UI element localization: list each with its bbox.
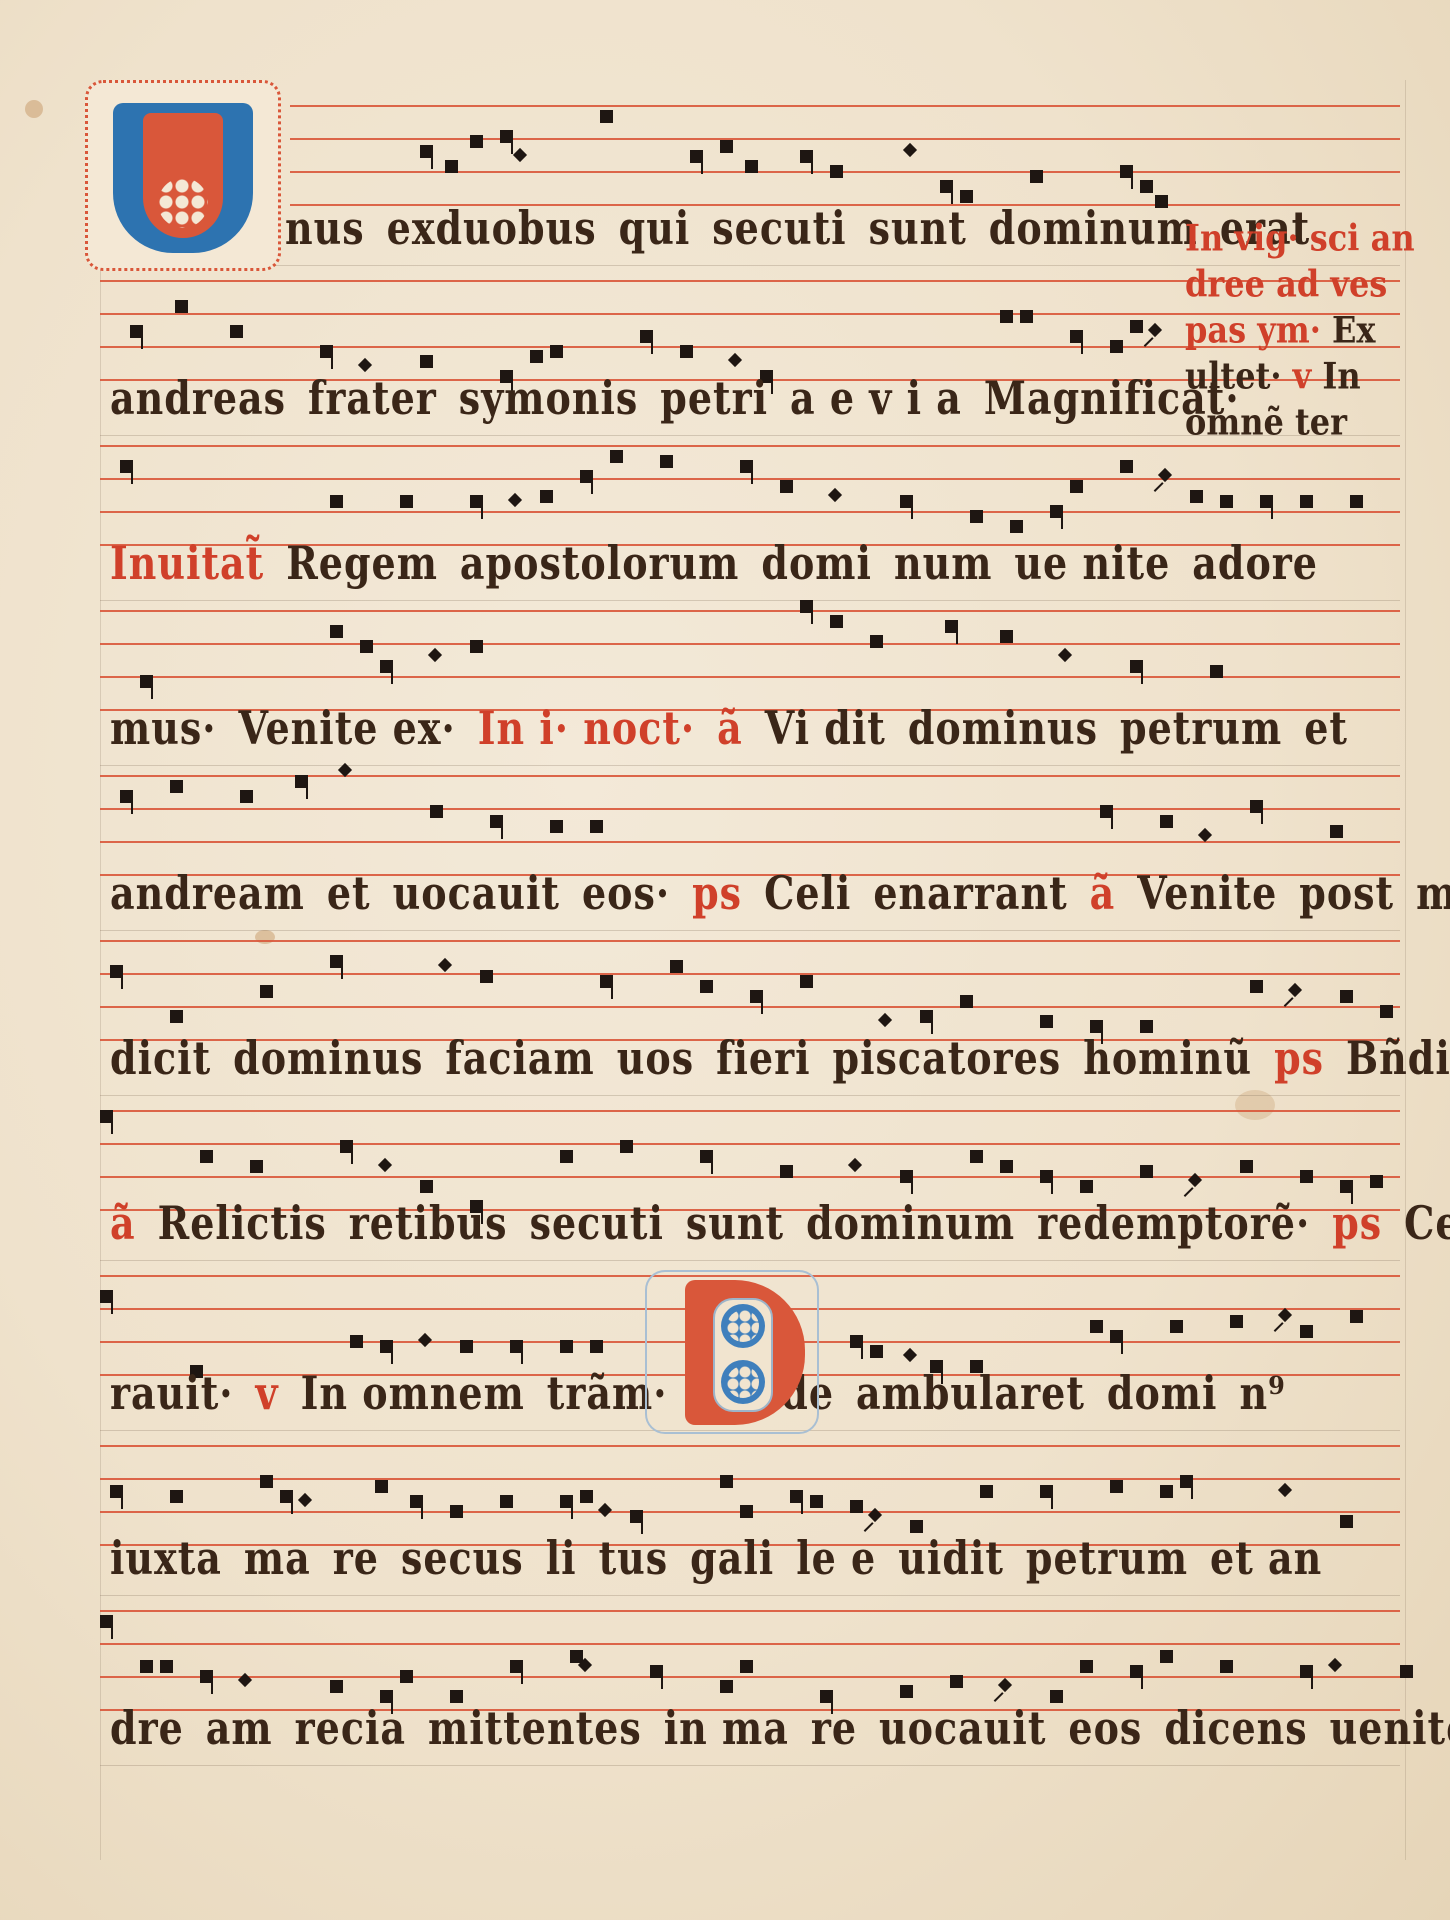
neume-note: [450, 1505, 463, 1518]
neume-note: [358, 358, 372, 372]
rubric-word: ps: [1332, 1196, 1382, 1250]
neume-note: [630, 1510, 643, 1523]
neume-note: [903, 1348, 917, 1362]
initial-u-letter: [113, 103, 253, 253]
staff-line: [100, 1676, 1400, 1678]
neume-note: [110, 965, 123, 978]
neume-note: [438, 958, 452, 972]
neume-note: [280, 1490, 293, 1503]
staff-line: [100, 478, 1400, 480]
lyric-word: nus: [285, 201, 365, 255]
lyric-line: andreasfratersymonispetria e v i aMagnif…: [110, 371, 1262, 425]
lyric-word: ue nite: [1014, 536, 1170, 590]
lyric-line: ãRelictisretibussecutisuntdominumredempt…: [110, 1196, 1450, 1250]
staff-line: [100, 511, 1400, 513]
rubric-line: dree ad ves: [1185, 261, 1425, 307]
neume-note: [1240, 1160, 1253, 1173]
rubric-line: omnẽ ter: [1185, 399, 1425, 445]
lyric-word: enarrant: [873, 866, 1067, 920]
neume-note: [728, 353, 742, 367]
neume-note: [1040, 1015, 1053, 1028]
staff-line: [100, 643, 1400, 645]
neume-note: [140, 675, 153, 688]
lyric-word: Venite: [1137, 866, 1277, 920]
neume-note: [550, 345, 563, 358]
lyric-word: petri: [660, 371, 768, 425]
neume-note: [1340, 1180, 1353, 1193]
rubric-line: pas ym· Ex: [1185, 307, 1425, 353]
lyric-word: apostolorum: [460, 536, 739, 590]
neume-note: [510, 1340, 523, 1353]
lyric-word: ma: [244, 1531, 311, 1585]
lyric-word: In omnem: [301, 1366, 525, 1420]
neume-note: [560, 1495, 573, 1508]
neume-note: [1140, 1165, 1153, 1178]
neume-note: [1220, 1660, 1233, 1673]
neume-note: [1288, 983, 1302, 997]
neume-note: [1070, 330, 1083, 343]
neume-note: [1300, 1170, 1313, 1183]
neume-note: [903, 143, 917, 157]
neume-note: [400, 495, 413, 508]
lyric-word: recia: [295, 1701, 406, 1755]
lyric-word: Venite ex·: [238, 701, 455, 755]
lyric-word: num: [894, 536, 992, 590]
lyric-word: dicit: [110, 1031, 211, 1085]
neume-note: [1350, 495, 1363, 508]
neume-note: [970, 1150, 983, 1163]
rubric-word: ã: [1090, 866, 1116, 920]
neume-note: [1080, 1660, 1093, 1673]
lyric-word: me: [1416, 866, 1450, 920]
lyric-word: uocauit: [879, 1701, 1046, 1755]
lyric-word: uos: [617, 1031, 694, 1085]
lyric-word: tus: [599, 1531, 669, 1585]
neume-note: [175, 300, 188, 313]
neume-note: [430, 805, 443, 818]
neume-note: [1300, 1325, 1313, 1338]
neume-note: [945, 620, 958, 633]
neume-note: [870, 635, 883, 648]
lyric-word: Regem: [286, 536, 438, 590]
rubric-line: In vig· sci an: [1185, 215, 1425, 261]
lyric-word: symonis: [459, 371, 638, 425]
neume-note: [420, 145, 433, 158]
neume-note: [670, 960, 683, 973]
neume-note: [530, 350, 543, 363]
neume-note: [598, 1503, 612, 1517]
lyric-word: frater: [308, 371, 437, 425]
neume-note: [720, 140, 733, 153]
lyric-word: faciam: [445, 1031, 594, 1085]
lyric-word: fieri: [716, 1031, 810, 1085]
neume-note: [1000, 630, 1013, 643]
neume-note: [800, 975, 813, 988]
neume-note: [340, 1140, 353, 1153]
lyric-word: et an: [1210, 1531, 1322, 1585]
neume-note: [490, 815, 503, 828]
rubric-line: ultet· v In: [1185, 353, 1425, 399]
staff-line: [100, 1478, 1400, 1480]
neume-note: [900, 1685, 913, 1698]
neume-note: [580, 1490, 593, 1503]
neume-note: [1330, 825, 1343, 838]
neume-note: [445, 160, 458, 173]
neume-note: [1160, 815, 1173, 828]
neume-note: [740, 1505, 753, 1518]
neume-note: [170, 1490, 183, 1503]
neume-note: [330, 955, 343, 968]
lyric-word: dominum: [806, 1196, 1015, 1250]
staff-line: [100, 1610, 1400, 1612]
neume-note: [1030, 170, 1043, 183]
text-ruling: [100, 930, 1400, 931]
lyric-word: dre: [110, 1701, 184, 1755]
neume-note: [375, 1480, 388, 1493]
lyric-word: domi: [761, 536, 872, 590]
neume-note: [330, 495, 343, 508]
lyric-word: exduobus: [387, 201, 597, 255]
neume-note: [1260, 495, 1273, 508]
neume-note: [1000, 1160, 1013, 1173]
lyric-word: hominũ: [1083, 1031, 1252, 1085]
lyric-word: Celi: [764, 866, 851, 920]
neume-note: [800, 600, 813, 613]
lyric-word: adore: [1192, 536, 1318, 590]
lyric-word: dominus: [908, 701, 1098, 755]
lyric-word: et: [1304, 701, 1348, 755]
neume-note: [1140, 180, 1153, 193]
neume-note: [1020, 310, 1033, 323]
rubric-incipit: In: [1322, 354, 1360, 398]
neume-note: [1340, 990, 1353, 1003]
neume-note: [418, 1333, 432, 1347]
neume-note: [295, 775, 308, 788]
lyric-line: iuxtamaresecuslitusgalile euiditpetrumet…: [110, 1531, 1344, 1585]
rubric-text: ultet·: [1185, 354, 1281, 398]
neume-note: [848, 1158, 862, 1172]
rosette-icon: [721, 1360, 765, 1404]
neume-note: [810, 1495, 823, 1508]
neume-note: [660, 455, 673, 468]
neume-note: [920, 1010, 933, 1023]
neume-note: [870, 1345, 883, 1358]
neume-note: [1160, 1485, 1173, 1498]
neume-note: [1278, 1308, 1292, 1322]
lyric-word: mus·: [110, 701, 216, 755]
neume-note: [170, 780, 183, 793]
lyric-word: eos: [1068, 1701, 1142, 1755]
neume-note: [378, 1158, 392, 1172]
lyric-word: n⁹: [1239, 1366, 1285, 1420]
lyric-word: eos·: [582, 866, 670, 920]
neume-note: [260, 985, 273, 998]
neume-note: [740, 1660, 753, 1673]
staff-line: [100, 1643, 1400, 1645]
neume-note: [350, 1335, 363, 1348]
versicle-mark: v: [1293, 354, 1312, 398]
neume-note: [650, 1665, 663, 1678]
neume-note: [1370, 1175, 1383, 1188]
neume-note: [1180, 1475, 1193, 1488]
staff-line: [290, 105, 1400, 107]
neume-note: [100, 1615, 113, 1628]
neume-note: [998, 1678, 1012, 1692]
staff-line: [100, 1143, 1400, 1145]
staff-line: [100, 610, 1400, 612]
neume-note: [360, 640, 373, 653]
neume-note: [1110, 340, 1123, 353]
neume-note: [420, 355, 433, 368]
neume-note: [1000, 310, 1013, 323]
neume-note: [780, 480, 793, 493]
neume-note: [850, 1335, 863, 1348]
neume-note: [560, 1150, 573, 1163]
rubric-text: pas ym·: [1185, 308, 1321, 352]
text-ruling: [100, 765, 1400, 766]
staff-line: [100, 1176, 1400, 1178]
neume-note: [470, 640, 483, 653]
rubric-word: In i· noct·: [478, 701, 695, 755]
lyric-word: Vi dit: [765, 701, 886, 755]
neume-note: [878, 1013, 892, 1027]
illuminated-initial-d: [645, 1270, 815, 1430]
lyric-word: dominum: [989, 201, 1198, 255]
neume-note: [170, 1010, 183, 1023]
neume-note: [680, 345, 693, 358]
neume-note: [298, 1493, 312, 1507]
neume-note: [508, 493, 522, 507]
neume-note: [130, 325, 143, 338]
staff-line: [100, 1006, 1400, 1008]
staff-line: [100, 973, 1400, 975]
neume-note: [540, 490, 553, 503]
staff-line: [100, 940, 1400, 942]
neume-note: [740, 460, 753, 473]
neume-note: [1400, 1665, 1413, 1678]
neume-note: [780, 1165, 793, 1178]
staff-line: [100, 676, 1400, 678]
lyric-word: iuxta: [110, 1531, 222, 1585]
lyric-word: li: [546, 1531, 577, 1585]
rubric-word: Inuitat̃: [110, 536, 264, 590]
lyric-word: re: [811, 1701, 857, 1755]
neume-note: [1250, 980, 1263, 993]
text-ruling: [100, 1260, 1400, 1261]
neume-note: [120, 460, 133, 473]
neume-note: [690, 150, 703, 163]
neume-note: [260, 1475, 273, 1488]
lyric-word: Celi enarr: [1404, 1196, 1450, 1250]
neume-note: [513, 148, 527, 162]
neume-note: [800, 150, 813, 163]
neume-note: [420, 1180, 433, 1193]
neume-note: [1278, 1483, 1292, 1497]
rubric-word: ã: [110, 1196, 136, 1250]
rubric-word: ps: [1274, 1031, 1324, 1085]
staff-line: [100, 1110, 1400, 1112]
neume-note: [850, 1500, 863, 1513]
neume-note: [620, 1140, 633, 1153]
rubric-word: v: [256, 1366, 279, 1420]
lyric-word: mittentes: [428, 1701, 642, 1755]
neume-note: [428, 648, 442, 662]
illuminated-initial-u: [85, 80, 281, 271]
manuscript-page: nusexduobusquisecutisuntdominumeratandre…: [0, 0, 1450, 1920]
neume-note: [830, 165, 843, 178]
lyric-word: piscatores: [833, 1031, 1062, 1085]
text-ruling: [100, 1595, 1400, 1596]
lyric-word: redemptorẽ·: [1037, 1196, 1310, 1250]
lyric-word: re: [333, 1531, 379, 1585]
neume-note: [1070, 480, 1083, 493]
neume-note: [830, 615, 843, 628]
neume-note: [110, 1485, 123, 1498]
neume-note: [100, 1110, 113, 1123]
neume-note: [1110, 1480, 1123, 1493]
lyric-line: dicitdominusfaciamuosfieripiscatoreshomi…: [110, 1031, 1450, 1085]
neume-note: [250, 1160, 263, 1173]
lyric-word: rauit·: [110, 1366, 234, 1420]
lyric-word: andream: [110, 866, 305, 920]
neume-note: [550, 820, 563, 833]
initial-u-infill: [143, 113, 223, 238]
neume-note: [940, 180, 953, 193]
lyric-word: gali: [690, 1531, 774, 1585]
margin-rubric: In vig· sci an dree ad ves pas ym· Ex ul…: [1185, 215, 1425, 445]
neume-note: [330, 625, 343, 638]
neume-note: [410, 1495, 423, 1508]
neume-note: [1110, 1330, 1123, 1343]
neume-note: [380, 660, 393, 673]
neume-note: [470, 495, 483, 508]
neume-note: [160, 1660, 173, 1673]
lyric-word: sunt: [686, 1196, 784, 1250]
neume-note: [1160, 1650, 1173, 1663]
neume-note: [1050, 505, 1063, 518]
lyric-word: dominus: [233, 1031, 423, 1085]
lyric-word: secuti: [712, 201, 846, 255]
neume-note: [1220, 495, 1233, 508]
lyric-word: ambularet: [856, 1366, 1085, 1420]
neume-note: [1328, 1658, 1342, 1672]
neume-note: [590, 1340, 603, 1353]
neume-note: [140, 1660, 153, 1673]
neume-note: [1340, 1515, 1353, 1528]
neume-note: [1148, 323, 1162, 337]
neume-note: [600, 110, 613, 123]
neume-note: [200, 1150, 213, 1163]
lyric-word: qui: [619, 201, 691, 255]
text-ruling: [100, 1095, 1400, 1096]
lyric-word: retibus: [349, 1196, 508, 1250]
lyric-word: a e v i a: [790, 371, 962, 425]
neume-note: [1230, 1315, 1243, 1328]
lyric-word: uidit: [898, 1531, 1004, 1585]
stain: [25, 100, 43, 118]
neume-note: [745, 160, 758, 173]
neume-note: [230, 325, 243, 338]
neume-note: [100, 1290, 113, 1303]
neume-note: [560, 1340, 573, 1353]
neume-note: [1058, 648, 1072, 662]
neume-note: [1198, 828, 1212, 842]
neume-note: [980, 1485, 993, 1498]
neume-note: [1300, 1665, 1313, 1678]
lyric-line: andreametuocauiteos·psCelienarrantãVenit…: [110, 866, 1450, 920]
neume-note: [1130, 660, 1143, 673]
neume-note: [828, 488, 842, 502]
rubric-word: ps: [692, 866, 742, 920]
neume-note: [750, 990, 763, 1003]
neume-note: [460, 1340, 473, 1353]
lyric-word: dicens: [1164, 1701, 1307, 1755]
neume-note: [1090, 1320, 1103, 1333]
neume-note: [1010, 520, 1023, 533]
neume-note: [720, 1680, 733, 1693]
text-ruling: [100, 600, 1400, 601]
neume-note: [1170, 1320, 1183, 1333]
neume-note: [1120, 165, 1133, 178]
rosette-icon: [158, 178, 208, 228]
lyric-word: petrum: [1026, 1531, 1188, 1585]
neume-note: [500, 1495, 513, 1508]
initial-d-panel: [713, 1298, 773, 1412]
lyric-word: andreas: [110, 371, 286, 425]
neume-note: [330, 1680, 343, 1693]
lyric-word: secuti: [530, 1196, 664, 1250]
lyric-word: Bñdicã: [1346, 1031, 1450, 1085]
lyric-word: sunt: [869, 201, 967, 255]
lyric-line: mus·Venite ex·In i· noct·ãVi ditdominusp…: [110, 701, 1370, 755]
neume-note: [200, 1670, 213, 1683]
neume-note: [950, 1675, 963, 1688]
lyric-word: in ma: [664, 1701, 789, 1755]
neume-note: [720, 1475, 733, 1488]
staff-line: [100, 445, 1400, 447]
neume-note: [470, 135, 483, 148]
neume-note: [240, 790, 253, 803]
neume-note: [120, 790, 133, 803]
lyric-word: uocauit: [393, 866, 560, 920]
lyric-word: uenite: [1330, 1701, 1450, 1755]
neume-note: [1100, 805, 1113, 818]
neume-note: [1130, 320, 1143, 333]
lyric-word: domi: [1107, 1366, 1218, 1420]
neume-note: [320, 345, 333, 358]
neume-note: [960, 995, 973, 1008]
lyric-line: nusexduobusquisecutisuntdominumerat: [285, 201, 1332, 255]
neume-note: [1120, 460, 1133, 473]
staff-line: [100, 808, 1400, 810]
neume-note: [400, 1670, 413, 1683]
neume-note: [640, 330, 653, 343]
neume-note: [700, 980, 713, 993]
neume-note: [610, 450, 623, 463]
neume-note: [590, 820, 603, 833]
staff-line: [290, 138, 1400, 140]
neume-note: [1190, 490, 1203, 503]
lyric-word: secus: [401, 1531, 524, 1585]
rubric-incipit: Ex: [1332, 308, 1375, 352]
lyric-word: le e: [796, 1531, 876, 1585]
neume-note: [970, 510, 983, 523]
text-ruling: [100, 1765, 1400, 1766]
lyric-word: petrum: [1120, 701, 1282, 755]
neume-note: [1130, 1665, 1143, 1678]
neume-note: [380, 1340, 393, 1353]
neume-note: [510, 1660, 523, 1673]
